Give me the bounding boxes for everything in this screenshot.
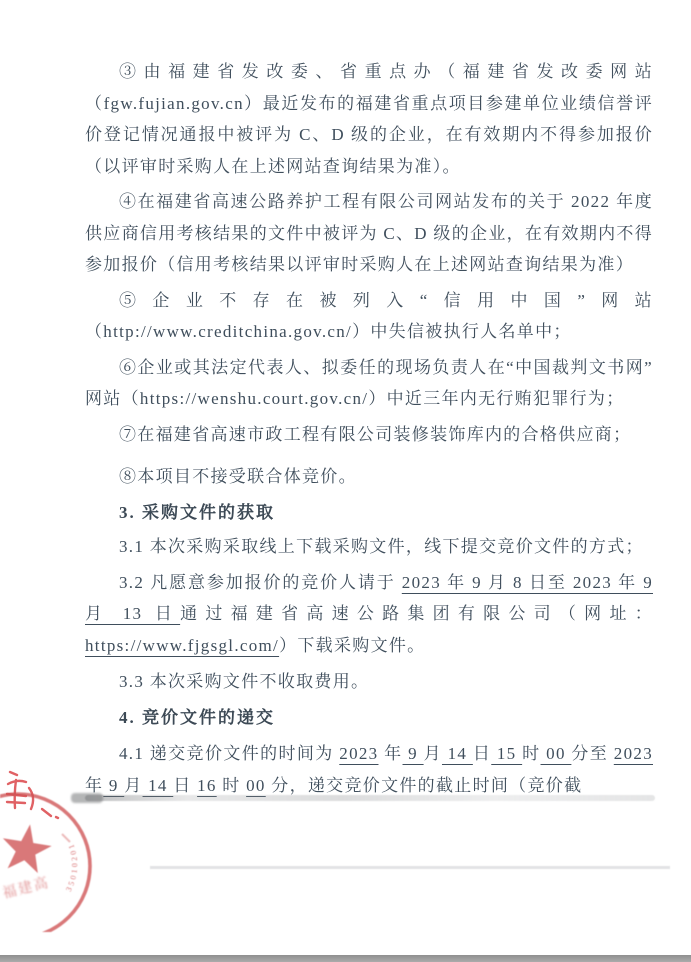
underlined-text: 9 (103, 776, 124, 795)
underlined-text: 9 (403, 744, 424, 763)
underlined-text: 00 (246, 776, 266, 795)
underlined-text: 15 (491, 744, 522, 763)
underlined-text: https://www.fjgsgl.com/ (85, 636, 279, 655)
underlined-text: 16 (197, 776, 217, 795)
section-heading-4: 4. 竞价文件的递交 (85, 702, 653, 734)
text-run: 月 (124, 776, 142, 795)
scanned-document-page: ③由福建省发改委、省重点办（福建省发改委网站（fgw.fujian.gov.cn… (0, 0, 691, 962)
text-run: 年 (378, 744, 402, 763)
document-body: ③由福建省发改委、省重点办（福建省发改委网站（fgw.fujian.gov.cn… (85, 56, 653, 805)
clause-3: ③由福建省发改委、省重点办（福建省发改委网站（fgw.fujian.gov.cn… (85, 56, 653, 182)
text-run: 3.2 凡愿意参加报价的竞价人请于 (119, 573, 402, 592)
text-run: 3.3 本次采购文件不收取费用。 (119, 672, 369, 691)
scan-smudge-line-1 (85, 795, 655, 801)
text-run: 时 (217, 776, 246, 795)
text-run: 日 (473, 744, 491, 763)
text-run: 月 (424, 744, 442, 763)
text-run: 分至 (571, 744, 613, 763)
seal-serial-text: 35010201 (64, 841, 79, 893)
text-run: 通过福建省高速公路集团有限公司（网址： (180, 604, 653, 623)
seal-characters: 福建高 (1, 874, 52, 902)
text-run: 4. 竞价文件的递交 (119, 708, 275, 727)
clause-3-1: 3.1 本次采购采取线上下载采购文件，线下提交竞价文件的方式； (85, 531, 653, 563)
text-run: 年 (85, 776, 103, 795)
clause-6: ⑥企业或其法定代表人、拟委任的现场负责人在“中国裁判文书网”网站（https:/… (85, 352, 653, 415)
star-icon (0, 820, 54, 874)
text-run: ⑦在福建省高速市政工程有限公司装修装饰库内的合格供应商； (119, 425, 631, 444)
text-run: ⑥企业或其法定代表人、拟委任的现场负责人在“中国裁判文书网”网站（https:/… (85, 358, 653, 409)
text-run: 分，递交竞价文件的截止时间（竞价截 (266, 776, 583, 795)
clause-3-3: 3.3 本次采购文件不收取费用。 (85, 666, 653, 698)
clause-5: ⑤企业不存在被列入“信用中国”网站（http://www.creditchina… (85, 285, 653, 348)
clause-4: ④在福建省高速公路养护工程有限公司网站发布的关于 2022 年度供应商信用考核结… (85, 186, 653, 281)
underlined-text: 2023 (339, 744, 378, 763)
text-run: ⑤企业不存在被列入“信用中国”网站（http://www.creditchina… (85, 291, 653, 342)
text-run: ⑧本项目不接受联合体竞价。 (119, 467, 357, 486)
text-run: 3. 采购文件的获取 (119, 503, 275, 522)
scan-smudge-line-2 (150, 866, 670, 869)
underlined-text: 2023 (614, 744, 653, 763)
underlined-text: 14 (143, 776, 174, 795)
text-run: 日 (173, 776, 197, 795)
text-run: 时 (522, 744, 540, 763)
clause-3-2: 3.2 凡愿意参加报价的竞价人请于 2023 年 9 月 8 日至 2023 年… (85, 567, 653, 662)
clause-7: ⑦在福建省高速市政工程有限公司装修装饰库内的合格供应商； (85, 419, 653, 451)
text-run: ③由福建省发改委、省重点办（福建省发改委网站（fgw.fujian.gov.cn… (85, 62, 653, 176)
red-handwriting-mark (0, 758, 80, 828)
text-run: ）下载采购文件。 (279, 636, 425, 655)
text-run: ④在福建省高速公路养护工程有限公司网站发布的关于 2022 年度供应商信用考核结… (85, 192, 653, 274)
underlined-text: 14 (442, 744, 473, 763)
clause-8: ⑧本项目不接受联合体竞价。 (85, 461, 653, 493)
text-run: 4.1 递交竞价文件的时间为 (119, 744, 339, 763)
text-run: 3.1 本次采购采取线上下载采购文件，线下提交竞价文件的方式； (119, 537, 644, 556)
underlined-text: 00 (541, 744, 572, 763)
scan-edge-bar (0, 955, 691, 962)
clause-4-1: 4.1 递交竞价文件的时间为 2023 年 9 月 14 日 15 时 00 分… (85, 738, 653, 801)
section-heading-3: 3. 采购文件的获取 (85, 497, 653, 529)
